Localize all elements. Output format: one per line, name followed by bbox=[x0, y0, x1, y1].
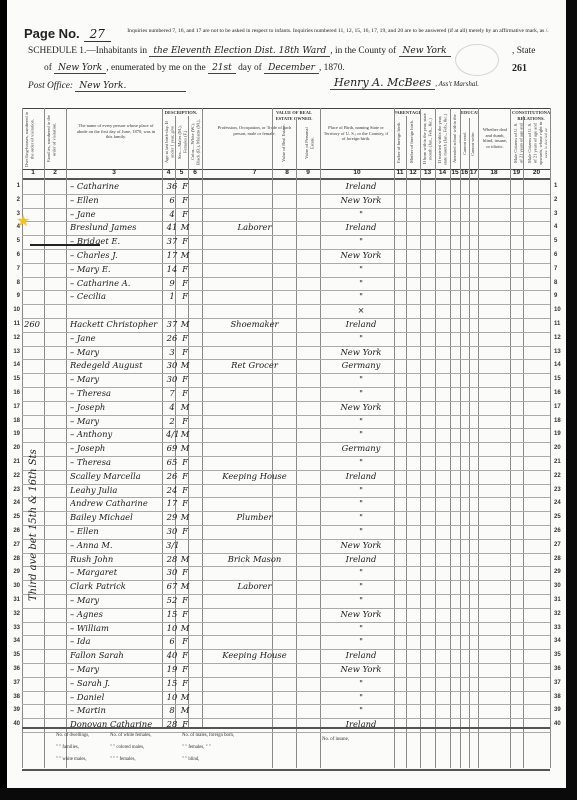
person-occupation: Plumber bbox=[207, 511, 302, 524]
col-header-real-estate: Value of Real Estate. bbox=[281, 121, 293, 165]
row-number-right: 38 bbox=[554, 694, 561, 700]
person-name: – Ida bbox=[70, 635, 160, 648]
person-sex: F bbox=[179, 566, 191, 579]
person-occupation: Shoemaker bbox=[207, 318, 302, 331]
table-row: 2020– Joseph69MGermany bbox=[22, 442, 550, 457]
row-number-left: 7 bbox=[8, 266, 20, 272]
person-age: 4 bbox=[166, 401, 178, 414]
table-row: 3535Fallon Sarah40FKeeping HouseIreland bbox=[22, 649, 550, 664]
person-birthplace: " bbox=[325, 332, 397, 345]
row-number-left: 24 bbox=[8, 500, 20, 506]
marshal-name: Henry A. McBees bbox=[330, 76, 435, 90]
table-row: 2929– Margaret30F" bbox=[22, 566, 550, 581]
table-row: 1313– Mary3FNew York bbox=[22, 346, 550, 361]
post-office-line: Post Office: New York. bbox=[28, 81, 186, 91]
enumeration-line: of New York, enumerated by me on the 21s… bbox=[44, 63, 345, 73]
col-num: 20 bbox=[523, 169, 550, 176]
archive-stamp bbox=[455, 44, 499, 76]
row-number-left: 30 bbox=[8, 583, 20, 589]
person-birthplace: Ireland bbox=[325, 318, 397, 331]
person-name: – Mary bbox=[70, 373, 160, 386]
row-number-right: 40 bbox=[554, 721, 561, 727]
post-office-value: New York. bbox=[75, 81, 186, 92]
table-row: 22– Ellen6FNew York bbox=[22, 194, 550, 209]
row-number-left: 31 bbox=[8, 597, 20, 603]
person-age: 65 bbox=[166, 456, 178, 469]
row-number-right: 30 bbox=[554, 583, 561, 589]
schedule-line: SCHEDULE 1.—Inhabitants in the Eleventh … bbox=[28, 46, 451, 56]
footer-colored-females: " " " females, bbox=[110, 757, 136, 762]
row-number-left: 40 bbox=[8, 721, 20, 727]
person-name: Fallon Sarah bbox=[70, 649, 160, 662]
row-number-left: 27 bbox=[8, 542, 20, 548]
row-number-left: 32 bbox=[8, 611, 20, 617]
person-birthplace: " bbox=[325, 387, 397, 400]
person-name: Clark Patrick bbox=[70, 580, 160, 593]
col-header-male-citizens: Male Citizens of U. S. of 21 years of ag… bbox=[513, 121, 523, 165]
person-sex: M bbox=[179, 580, 191, 593]
row-number-left: 1 bbox=[8, 183, 20, 189]
person-name: – Jane bbox=[70, 332, 160, 345]
day-of-label: day of bbox=[238, 63, 262, 73]
col-header-cannot-write: Cannot write. bbox=[470, 123, 477, 165]
row-number-right: 32 bbox=[554, 611, 561, 617]
group-header-description: DESCRIPTION. bbox=[162, 110, 200, 116]
person-sex: F bbox=[179, 373, 191, 386]
person-name: – Margaret bbox=[70, 566, 160, 579]
person-birthplace: " bbox=[325, 704, 397, 717]
row-number-right: 19 bbox=[554, 431, 561, 437]
col-num: 3 bbox=[66, 169, 162, 176]
person-birthplace: New York bbox=[325, 539, 397, 552]
person-birthplace: New York bbox=[325, 346, 397, 359]
person-age: 26 bbox=[166, 470, 178, 483]
person-sex: M bbox=[179, 401, 191, 414]
person-occupation: Ret Grocer bbox=[207, 359, 302, 372]
row-number-left: 10 bbox=[8, 307, 20, 313]
person-sex: F bbox=[179, 649, 191, 662]
person-birthplace: " bbox=[325, 484, 397, 497]
table-row: 1717– Joseph4MNew York bbox=[22, 401, 550, 416]
row-number-left: 14 bbox=[8, 362, 20, 368]
person-name: – Theresa bbox=[70, 456, 160, 469]
person-birthplace: New York bbox=[325, 194, 397, 207]
row-number-right: 17 bbox=[554, 404, 561, 410]
person-name: – Catharine bbox=[70, 180, 160, 193]
row-number-left: 13 bbox=[8, 349, 20, 355]
person-age: 37 bbox=[166, 318, 178, 331]
row-number-right: 10 bbox=[554, 307, 561, 313]
person-age: 69 bbox=[166, 442, 178, 455]
row-number-left: 29 bbox=[8, 569, 20, 575]
person-birthplace: " bbox=[325, 415, 397, 428]
row-number-left: 5 bbox=[8, 238, 20, 244]
person-birthplace: New York bbox=[325, 608, 397, 621]
person-sex: F bbox=[179, 470, 191, 483]
person-sex: F bbox=[179, 346, 191, 359]
person-birthplace: " bbox=[325, 580, 397, 593]
row-number-right: 14 bbox=[554, 362, 561, 368]
row-number-right: 34 bbox=[554, 638, 561, 644]
row-number-right: 29 bbox=[554, 569, 561, 575]
person-name: Scalley Marcella bbox=[70, 470, 160, 483]
col-num: 14 bbox=[435, 169, 450, 176]
person-age: 10 bbox=[166, 691, 178, 704]
table-row: 2323Leahy Julia24F" bbox=[22, 484, 550, 499]
state-value: New York bbox=[54, 63, 106, 74]
row-number-left: 12 bbox=[8, 335, 20, 341]
row-number-left: 8 bbox=[8, 280, 20, 286]
person-birthplace: " bbox=[325, 677, 397, 690]
person-age: 8 bbox=[166, 704, 178, 717]
table-row: 3636– Mary19FNew York bbox=[22, 663, 550, 678]
row-number-right: 35 bbox=[554, 652, 561, 658]
row-number-right: 7 bbox=[554, 266, 557, 272]
of-label: of bbox=[44, 63, 52, 73]
col-header-married-year: If married within the year, state month … bbox=[437, 113, 449, 165]
person-age: 17 bbox=[166, 249, 178, 262]
row-number-right: 26 bbox=[554, 528, 561, 534]
person-birthplace: " bbox=[325, 635, 397, 648]
person-age: 36 bbox=[166, 180, 178, 193]
person-sex: F bbox=[179, 208, 191, 221]
person-name: – Mary E. bbox=[70, 263, 160, 276]
row-number-left: 2 bbox=[8, 197, 20, 203]
row-number-left: 6 bbox=[8, 252, 20, 258]
row-number-right: 24 bbox=[554, 500, 561, 506]
person-age: 4 bbox=[166, 208, 178, 221]
county-value: New York bbox=[399, 46, 451, 57]
person-name: Bailey Michael bbox=[70, 511, 160, 524]
row-number-right: 31 bbox=[554, 597, 561, 603]
table-row: 33– Jane4F" bbox=[22, 208, 550, 223]
person-age: 28 bbox=[166, 553, 178, 566]
scan-border-right bbox=[566, 0, 577, 800]
person-birthplace: " bbox=[325, 290, 397, 303]
person-birthplace: " bbox=[325, 566, 397, 579]
col-header-vote-denied: Male Citizens of U. S. of 21 years of ag… bbox=[527, 121, 547, 165]
person-sex: M bbox=[179, 511, 191, 524]
col-header-personal-estate: Value of Personal Estate. bbox=[304, 121, 316, 165]
person-name: – Theresa bbox=[70, 387, 160, 400]
person-birthplace: " bbox=[325, 208, 397, 221]
row-number-left: 35 bbox=[8, 652, 20, 658]
footer-blind: " " blind, bbox=[182, 757, 199, 762]
table-row: 1616– Theresa7F" bbox=[22, 387, 550, 402]
scan-border-bottom bbox=[0, 788, 577, 800]
table-row: 3939– Martin8M" bbox=[22, 704, 550, 719]
person-birthplace: Ireland bbox=[325, 649, 397, 662]
footer-insane: No. of insane, bbox=[322, 737, 349, 742]
instructions-note: Inquiries numbered 7, 16, and 17 are not… bbox=[118, 28, 558, 35]
footer-males-foreign: No. of males, foreign born, bbox=[182, 733, 234, 738]
row-number-right: 18 bbox=[554, 418, 561, 424]
person-name: – Ellen bbox=[70, 525, 160, 538]
person-age: 40 bbox=[166, 649, 178, 662]
footer-families: " " families, bbox=[56, 745, 79, 750]
stamp-number: 261 bbox=[512, 63, 527, 74]
row-number-left: 37 bbox=[8, 680, 20, 686]
row-number-left: 34 bbox=[8, 638, 20, 644]
person-sex: M bbox=[179, 428, 191, 441]
person-sex: F bbox=[179, 180, 191, 193]
group-header-parentage: PARENTAGE. bbox=[394, 110, 420, 116]
person-birthplace: New York bbox=[325, 401, 397, 414]
col-num: 6 bbox=[188, 169, 202, 176]
person-birthplace: " bbox=[325, 373, 397, 386]
table-row: 3838– Daniel10M" bbox=[22, 691, 550, 706]
person-occupation: Keeping House bbox=[207, 649, 302, 662]
person-age: 67 bbox=[166, 580, 178, 593]
row-number-left: 16 bbox=[8, 390, 20, 396]
marshal-title: , Ass't Marshal. bbox=[435, 80, 479, 88]
person-birthplace: " bbox=[325, 594, 397, 607]
person-age: 1 bbox=[166, 290, 178, 303]
summary-footer: No. of dwellings, " " families, " " whit… bbox=[22, 727, 550, 771]
person-birthplace: New York bbox=[325, 663, 397, 676]
table-row: 77– Mary E.14F" bbox=[22, 263, 550, 278]
table-row: 11– Catharine36FIreland bbox=[22, 180, 550, 195]
row-number-right: 11 bbox=[554, 321, 560, 327]
table-row: 44Breslund James41MLaborerIreland bbox=[22, 221, 550, 236]
col-header-father-foreign: Father of foreign birth. bbox=[396, 119, 406, 165]
table-row: 1111260Hackett Christopher37MShoemakerIr… bbox=[22, 318, 550, 333]
group-header-constitutional: CONSTITUTIONAL RELATIONS. bbox=[512, 110, 550, 121]
person-sex: F bbox=[179, 332, 191, 345]
footer-white-females: No. of white females, bbox=[110, 733, 151, 738]
person-sex: F bbox=[179, 497, 191, 510]
person-birthplace: " bbox=[325, 525, 397, 538]
person-age: 19 bbox=[166, 663, 178, 676]
row-number-right: 25 bbox=[554, 514, 561, 520]
county-label: , in the County of bbox=[330, 46, 396, 56]
person-name: – Mary bbox=[70, 594, 160, 607]
row-number-right: 12 bbox=[554, 335, 561, 341]
scan-border-left bbox=[0, 0, 7, 800]
person-name: – Jane bbox=[70, 208, 160, 221]
person-age: 9 bbox=[166, 277, 178, 290]
col-num: 15 bbox=[450, 169, 460, 176]
person-age: 37 bbox=[166, 235, 178, 248]
row-number-right: 9 bbox=[554, 293, 557, 299]
group-header-real-estate: VALUE OF REAL ESTATE OWNED. bbox=[270, 110, 318, 121]
person-sex: F bbox=[179, 456, 191, 469]
person-sex: F bbox=[179, 663, 191, 676]
col-num: 10 bbox=[320, 169, 394, 176]
row-number-left: 33 bbox=[8, 625, 20, 631]
person-name: – Agnes bbox=[70, 608, 160, 621]
row-number-left: 25 bbox=[8, 514, 20, 520]
person-sex: M bbox=[179, 442, 191, 455]
col-num: 17 bbox=[469, 169, 478, 176]
col-header-birthplace: Place of Birth, naming State or Territor… bbox=[322, 125, 390, 142]
row-number-right: 8 bbox=[554, 280, 557, 286]
person-name: – Anna M. bbox=[70, 539, 160, 552]
person-name: – Bridget E. bbox=[70, 235, 160, 248]
person-name: – Catharine A. bbox=[70, 277, 160, 290]
row-number-right: 37 bbox=[554, 680, 561, 686]
table-row: 3232– Agnes15FNew York bbox=[22, 608, 550, 623]
schedule-label: SCHEDULE 1.—Inhabitants in bbox=[28, 46, 147, 56]
person-age: 2 bbox=[166, 415, 178, 428]
col-num: 4 bbox=[162, 169, 175, 176]
row-number-right: 15 bbox=[554, 376, 561, 382]
person-sex: M bbox=[179, 318, 191, 331]
row-number-right: 4 bbox=[554, 224, 557, 230]
table-row: 2525Bailey Michael29MPlumber" bbox=[22, 511, 550, 526]
person-name: – Mary bbox=[70, 415, 160, 428]
person-sex: F bbox=[179, 484, 191, 497]
person-age: 52 bbox=[166, 594, 178, 607]
row-number-left: 18 bbox=[8, 418, 20, 424]
person-birthplace: Ireland bbox=[325, 180, 397, 193]
person-birthplace: Germany bbox=[325, 359, 397, 372]
person-birthplace: " bbox=[325, 691, 397, 704]
row-number-left: 17 bbox=[8, 404, 20, 410]
marshal-signature: Henry A. McBees, Ass't Marshal. bbox=[330, 76, 479, 89]
col-num: 9 bbox=[296, 169, 320, 176]
row-number-left: 9 bbox=[8, 293, 20, 299]
person-age: 6 bbox=[166, 635, 178, 648]
person-occupation: Keeping House bbox=[207, 470, 302, 483]
person-age: 6 bbox=[166, 194, 178, 207]
person-name: Redegeld August bbox=[70, 359, 160, 372]
day-value: 21st bbox=[208, 63, 236, 74]
column-header-row: Dwelling-houses, numbered in the order o… bbox=[22, 108, 550, 170]
col-num: 19 bbox=[510, 169, 523, 176]
dwelling-number: 260 bbox=[22, 318, 46, 331]
person-sex: M bbox=[179, 359, 191, 372]
person-occupation: Laborer bbox=[207, 580, 302, 593]
table-row: 2626– Ellen30F" bbox=[22, 525, 550, 540]
person-birthplace: " bbox=[325, 277, 397, 290]
person-sex: M bbox=[179, 622, 191, 635]
table-row: 3030Clark Patrick67MLaborer" bbox=[22, 580, 550, 595]
page-label: Page No. bbox=[24, 26, 80, 41]
row-number-right: 16 bbox=[554, 390, 561, 396]
table-row: 1818– Mary2F" bbox=[22, 415, 550, 430]
post-office-label: Post Office: bbox=[28, 81, 73, 91]
table-row: 2121– Theresa65F" bbox=[22, 456, 550, 471]
row-number-left: 21 bbox=[8, 459, 20, 465]
person-birthplace: " bbox=[325, 622, 397, 635]
district-value: the Eleventh Election Dist. 18th Ward bbox=[149, 46, 330, 57]
person-sex: M bbox=[179, 221, 191, 234]
person-name: Rush John bbox=[70, 553, 160, 566]
table-row: 99– Cecilia1F" bbox=[22, 290, 550, 305]
row-number-right: 23 bbox=[554, 487, 561, 493]
person-name: – Joseph bbox=[70, 401, 160, 414]
col-header-color: Color.—White (W.), Black (B.), Mulatto (… bbox=[190, 119, 202, 165]
person-sex: M bbox=[179, 704, 191, 717]
table-row: 1515– Mary30F" bbox=[22, 373, 550, 388]
page-number: Page No.27 bbox=[24, 26, 111, 41]
person-sex: F bbox=[179, 235, 191, 248]
col-num: 18 bbox=[478, 169, 510, 176]
person-sex: F bbox=[179, 290, 191, 303]
footer-white-males: " " white males, bbox=[56, 757, 87, 762]
row-number-left: 26 bbox=[8, 528, 20, 534]
person-birthplace: " bbox=[325, 511, 397, 524]
col-header-born-year: If born within the year, state month (Ja… bbox=[422, 113, 434, 165]
person-sex: F bbox=[179, 277, 191, 290]
person-age: 30 bbox=[166, 525, 178, 538]
col-num: 12 bbox=[406, 169, 420, 176]
table-row: 3434– Ida6F" bbox=[22, 635, 550, 650]
person-sex: F bbox=[179, 677, 191, 690]
row-number-right: 2 bbox=[554, 197, 557, 203]
row-number-right: 20 bbox=[554, 445, 561, 451]
person-name: – Charles J. bbox=[70, 249, 160, 262]
person-occupation: Laborer bbox=[207, 221, 302, 234]
row-number-left: 11 bbox=[8, 321, 20, 327]
table-row: 3333– William10M" bbox=[22, 622, 550, 637]
table-row: 66– Charles J.17MNew York bbox=[22, 249, 550, 264]
col-num: 5 bbox=[175, 169, 188, 176]
page-number-value: 27 bbox=[84, 27, 111, 42]
star-icon[interactable]: ★ bbox=[16, 214, 32, 230]
table-row: 2424Andrew Catharine17F" bbox=[22, 497, 550, 512]
col-num: 13 bbox=[420, 169, 435, 176]
person-sex: M bbox=[179, 553, 191, 566]
person-age: 15 bbox=[166, 608, 178, 621]
table-row: 3737– Sarah J.15F" bbox=[22, 677, 550, 692]
col-header-dwelling: Dwelling-houses, numbered in the order o… bbox=[24, 111, 42, 167]
enumerated-label: , enumerated by me on the bbox=[106, 63, 205, 73]
month-value: December bbox=[264, 63, 319, 74]
row-number-right: 28 bbox=[554, 556, 561, 562]
footer-colored-males: " " colored males, bbox=[110, 745, 144, 750]
person-age: 41 bbox=[166, 221, 178, 234]
row-number-right: 13 bbox=[554, 349, 561, 355]
table-row: 2828Rush John28MBrick MasonIreland bbox=[22, 553, 550, 568]
row-number-right: 6 bbox=[554, 252, 557, 258]
person-age: 10 bbox=[166, 622, 178, 635]
row-number-left: 20 bbox=[8, 445, 20, 451]
person-name: – Sarah J. bbox=[70, 677, 160, 690]
col-num: 1 bbox=[22, 169, 44, 176]
person-name: Leahy Julia bbox=[70, 484, 160, 497]
person-name: Hackett Christopher bbox=[70, 318, 160, 331]
footer-dwellings: No. of dwellings, bbox=[56, 733, 89, 738]
col-header-cannot-read: Cannot read. bbox=[462, 123, 469, 165]
person-age: 24 bbox=[166, 484, 178, 497]
col-header-family: Families, numbered in the order of visit… bbox=[46, 111, 64, 167]
person-birthplace: " bbox=[325, 263, 397, 276]
grid-line bbox=[550, 108, 551, 768]
person-sex: F bbox=[179, 415, 191, 428]
person-age: 4/12 bbox=[166, 428, 178, 441]
row-number-left: 23 bbox=[8, 487, 20, 493]
person-sex: F bbox=[179, 594, 191, 607]
row-number-left: 36 bbox=[8, 666, 20, 672]
table-row: 2222Scalley Marcella26FKeeping HouseIrel… bbox=[22, 470, 550, 485]
table-row: 1414Redegeld August30MRet GrocerGermany bbox=[22, 359, 550, 374]
person-sex: F bbox=[179, 525, 191, 538]
table-row: 3131– Mary52F" bbox=[22, 594, 550, 609]
col-num: 16 bbox=[460, 169, 469, 176]
person-name: Breslund James bbox=[70, 221, 160, 234]
family-separator-line bbox=[30, 244, 100, 246]
person-age: 26 bbox=[166, 332, 178, 345]
person-name: – Joseph bbox=[70, 442, 160, 455]
person-age: 17 bbox=[166, 497, 178, 510]
person-name: – Daniel bbox=[70, 691, 160, 704]
person-name: – Mary bbox=[70, 663, 160, 676]
person-name: – Martin bbox=[70, 704, 160, 717]
group-header-education: EDUCATION. bbox=[461, 110, 479, 116]
person-birthplace: Ireland bbox=[325, 553, 397, 566]
